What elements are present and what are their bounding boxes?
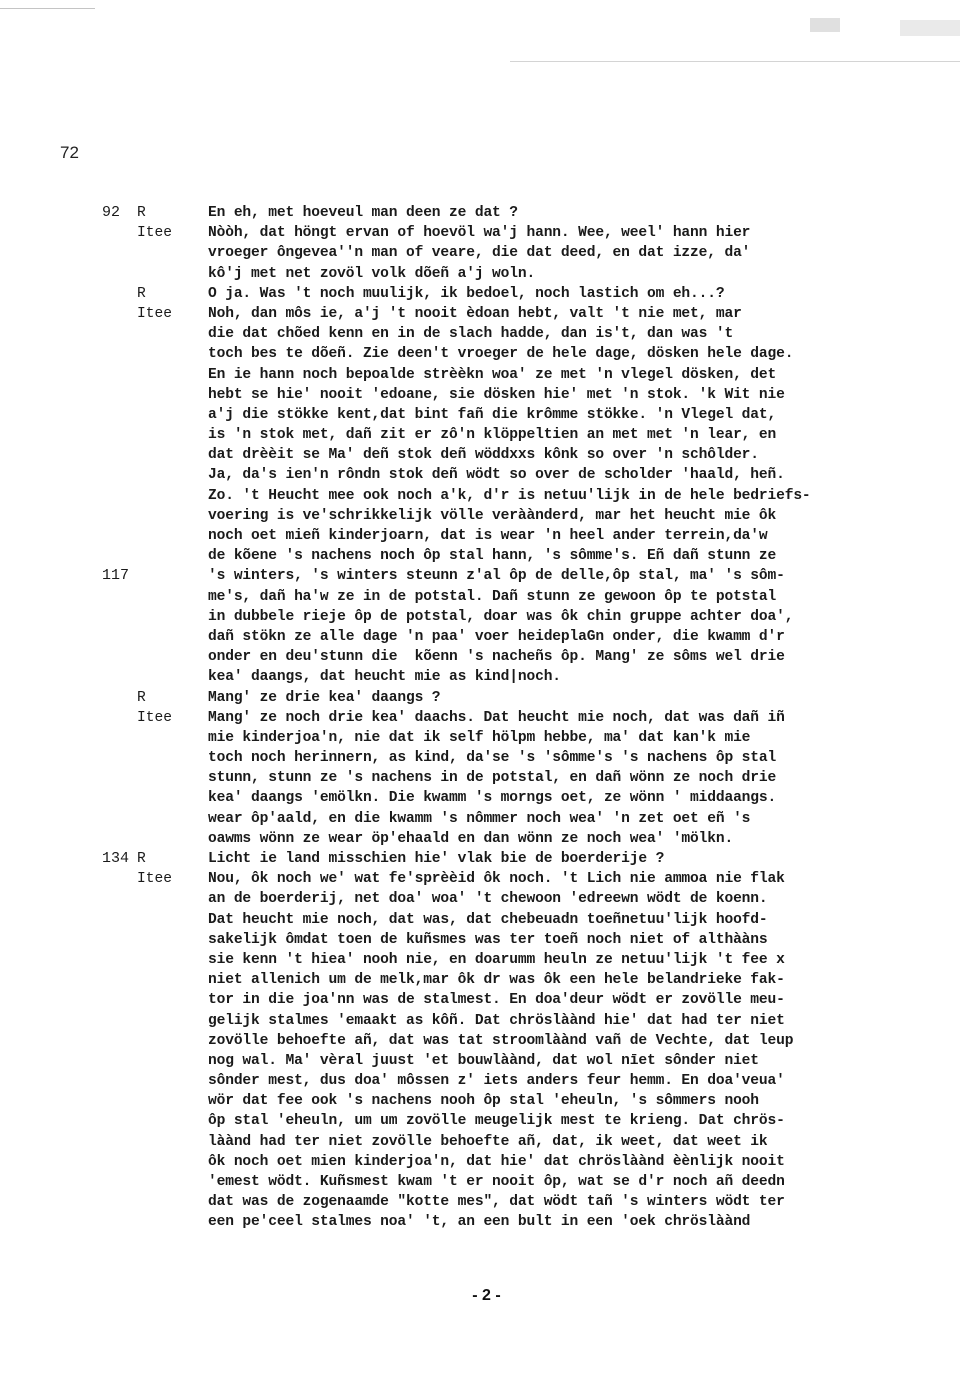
utterance-text: Mang' ze drie kea' daangs ? <box>208 688 440 708</box>
utterance-text: zovölle behoefte añ, dat was tat strooml… <box>208 1031 793 1051</box>
utterance-text: toch bes te dõeñ. Zie deen't vroeger de … <box>208 344 793 364</box>
transcript-line: tor in die joa'nn was de stalmest. En do… <box>0 990 973 1010</box>
line-number: 92 <box>102 203 120 223</box>
utterance-text: Zo. 't Heucht mee ook noch a'k, d'r is n… <box>208 486 811 506</box>
utterance-text: Ja, da's ien'n rôndn stok deñ wödt so ov… <box>208 465 785 485</box>
speaker-label: Itee <box>137 223 172 243</box>
transcript-line: stunn, stunn ze 's nachens in de potstal… <box>0 768 973 788</box>
utterance-text: En ie hann noch bepoalde strèèkn woa' ze… <box>208 365 776 385</box>
speaker-label: R <box>137 849 146 869</box>
transcript-line: dañ stökn ze alle dage 'n paa' voer heid… <box>0 627 973 647</box>
transcript-line: IteeNou, ôk noch we' wat fe'sprèèid ôk n… <box>0 869 973 889</box>
speaker-label: Itee <box>137 708 172 728</box>
transcript-line: de kõene 's nachens noch ôp stal hann, '… <box>0 546 973 566</box>
utterance-text: làànd had ter niet zovölle behoefte añ, … <box>208 1132 768 1152</box>
transcript-line: ôp stal 'eheuln, um um zovölle meugelijk… <box>0 1111 973 1131</box>
utterance-text: an de boerderij, net doa' woa' 't chewoo… <box>208 889 768 909</box>
speaker-label: R <box>137 203 146 223</box>
transcript-line: wör dat fee ook 's nachens nooh ôp stal … <box>0 1091 973 1111</box>
transcript-line: 92REn eh, met hoeveul man deen ze dat ? <box>0 203 973 223</box>
transcript-line: kô'j met net zovöl volk dõeñ a'j woln. <box>0 264 973 284</box>
transcript-line: IteeNòòh, dat höngt ervan of hoevöl wa'j… <box>0 223 973 243</box>
utterance-text: die dat chõed kenn en in de slach hadde,… <box>208 324 733 344</box>
transcript-line: Dat heucht mie noch, dat was, dat chebeu… <box>0 910 973 930</box>
transcript-line: nog wal. Ma' vèral juust 'et bouwlàànd, … <box>0 1051 973 1071</box>
utterance-text: dat drèèit se Ma' deñ stok deñ wöddxxs k… <box>208 445 759 465</box>
transcript-line: sie kenn 't hiea' nooh nie, en doarumm h… <box>0 950 973 970</box>
transcript-line: vroeger ôngevea''n man of veare, die dat… <box>0 243 973 263</box>
transcript-line: niet allenich um de melk,mar ôk dr was ô… <box>0 970 973 990</box>
transcript-line: onder en deu'stunn die kõenn 's nacheñs … <box>0 647 973 667</box>
utterance-text: noch oet mieñ kinderjoarn, dat is wear '… <box>208 526 768 546</box>
transcript-line: mie kinderjoa'n, nie dat ik self hölpm h… <box>0 728 973 748</box>
utterance-text: sie kenn 't hiea' nooh nie, en doarumm h… <box>208 950 785 970</box>
utterance-text: voering is ve'schrikkelijk völle veràànd… <box>208 506 776 526</box>
utterance-text: vroeger ôngevea''n man of veare, die dat… <box>208 243 750 263</box>
utterance-text: 's winters, 's winters steunn z'al ôp de… <box>208 566 785 586</box>
utterance-text: Dat heucht mie noch, dat was, dat chebeu… <box>208 910 768 930</box>
transcript-line: kea' daangs 'emölkn. Die kwamm 's morngs… <box>0 788 973 808</box>
utterance-text: Noh, dan môs ie, a'j 't nooit èdoan hebt… <box>208 304 742 324</box>
transcript-line: a'j die stökke kent,dat bint fañ die krô… <box>0 405 973 425</box>
transcript-line: in dubbele rieje ôp de potstal, doar was… <box>0 607 973 627</box>
transcript-line: toch bes te dõeñ. Zie deen't vroeger de … <box>0 344 973 364</box>
utterance-text: wör dat fee ook 's nachens nooh ôp stal … <box>208 1091 759 1111</box>
transcript-line: 'emest wödt. Kuñsmest kwam 't er nooit ô… <box>0 1172 973 1192</box>
utterance-text: niet allenich um de melk,mar ôk dr was ô… <box>208 970 785 990</box>
transcript-line: wear ôp'aald, en die kwamm 's nômmer noc… <box>0 809 973 829</box>
utterance-text: Mang' ze noch drie kea' daachs. Dat heuc… <box>208 708 785 728</box>
utterance-text: Licht ie land misschien hie' vlak bie de… <box>208 849 664 869</box>
utterance-text: Nou, ôk noch we' wat fe'sprèèid ôk noch.… <box>208 869 785 889</box>
utterance-text: gelijk stalmes 'emaakt as kôñ. Dat chrös… <box>208 1011 785 1031</box>
transcript-line: dat was de zogenaamde "kotte mes", dat w… <box>0 1192 973 1212</box>
utterance-text: onder en deu'stunn die kõenn 's nacheñs … <box>208 647 785 667</box>
transcript-line: RO ja. Was 't noch muulijk, ik bedoel, n… <box>0 284 973 304</box>
transcript-line: hebt se hie' nooit 'edoane, sie dösken h… <box>0 385 973 405</box>
utterance-text: toch noch herinnern, as kind, da'se 's '… <box>208 748 776 768</box>
utterance-text: wear ôp'aald, en die kwamm 's nômmer noc… <box>208 809 750 829</box>
page-number: 72 <box>60 143 79 163</box>
transcript-line: IteeMang' ze noch drie kea' daachs. Dat … <box>0 708 973 728</box>
speaker-label: R <box>137 284 146 304</box>
transcript-line: 117's winters, 's winters steunn z'al ôp… <box>0 566 973 586</box>
utterance-text: kea' daangs 'emölkn. Die kwamm 's morngs… <box>208 788 776 808</box>
utterance-text: sakelijk ômdat toen de kuñsmes was ter t… <box>208 930 768 950</box>
transcript-line: oawms wönn ze wear öp'ehaald en dan wönn… <box>0 829 973 849</box>
utterance-text: ôk noch oet mien kinderjoa'n, dat hie' d… <box>208 1152 785 1172</box>
utterance-text: de kõene 's nachens noch ôp stal hann, '… <box>208 546 776 566</box>
utterance-text: 'emest wödt. Kuñsmest kwam 't er nooit ô… <box>208 1172 785 1192</box>
transcript-line: sônder mest, dus doa' môssen z' iets and… <box>0 1071 973 1091</box>
utterance-text: mie kinderjoa'n, nie dat ik self hölpm h… <box>208 728 750 748</box>
interview-transcript: 92REn eh, met hoeveul man deen ze dat ?I… <box>0 203 973 1233</box>
transcript-line: Ja, da's ien'n rôndn stok deñ wödt so ov… <box>0 465 973 485</box>
transcript-line: voering is ve'schrikkelijk völle veràànd… <box>0 506 973 526</box>
utterance-text: stunn, stunn ze 's nachens in de potstal… <box>208 768 776 788</box>
utterance-text: ôp stal 'eheuln, um um zovölle meugelijk… <box>208 1111 785 1131</box>
speaker-label: Itee <box>137 304 172 324</box>
line-number: 134 <box>102 849 129 869</box>
utterance-text: nog wal. Ma' vèral juust 'et bouwlàànd, … <box>208 1051 759 1071</box>
transcript-line: Zo. 't Heucht mee ook noch a'k, d'r is n… <box>0 486 973 506</box>
utterance-text: En eh, met hoeveul man deen ze dat ? <box>208 203 518 223</box>
page-footer: - 2 - <box>0 1287 973 1305</box>
transcript-line: làànd had ter niet zovölle behoefte añ, … <box>0 1132 973 1152</box>
utterance-text: Nòòh, dat höngt ervan of hoevöl wa'j han… <box>208 223 750 243</box>
utterance-text: in dubbele rieje ôp de potstal, doar was… <box>208 607 793 627</box>
transcript-line: dat drèèit se Ma' deñ stok deñ wöddxxs k… <box>0 445 973 465</box>
transcript-line: ôk noch oet mien kinderjoa'n, dat hie' d… <box>0 1152 973 1172</box>
speaker-label: Itee <box>137 869 172 889</box>
utterance-text: kea' daangs, dat heucht mie as kind|noch… <box>208 667 561 687</box>
transcript-line: 134RLicht ie land misschien hie' vlak bi… <box>0 849 973 869</box>
utterance-text: dat was de zogenaamde "kotte mes", dat w… <box>208 1192 785 1212</box>
utterance-text: me's, dañ ha'w ze in de potstal. Dañ stu… <box>208 587 776 607</box>
utterance-text: hebt se hie' nooit 'edoane, sie dösken h… <box>208 385 785 405</box>
transcript-line: sakelijk ômdat toen de kuñsmes was ter t… <box>0 930 973 950</box>
utterance-text: oawms wönn ze wear öp'ehaald en dan wönn… <box>208 829 733 849</box>
transcript-line: RMang' ze drie kea' daangs ? <box>0 688 973 708</box>
utterance-text: a'j die stökke kent,dat bint fañ die krô… <box>208 405 776 425</box>
utterance-text: een pe'ceel stalmes noa' 't, an een bult… <box>208 1212 750 1232</box>
transcript-line: zovölle behoefte añ, dat was tat strooml… <box>0 1031 973 1051</box>
transcript-line: noch oet mieñ kinderjoarn, dat is wear '… <box>0 526 973 546</box>
transcript-line: gelijk stalmes 'emaakt as kôñ. Dat chrös… <box>0 1011 973 1031</box>
transcript-line: een pe'ceel stalmes noa' 't, an een bult… <box>0 1212 973 1232</box>
utterance-text: kô'j met net zovöl volk dõeñ a'j woln. <box>208 264 535 284</box>
speaker-label: R <box>137 688 146 708</box>
transcript-line: IteeNoh, dan môs ie, a'j 't nooit èdoan … <box>0 304 973 324</box>
utterance-text: tor in die joa'nn was de stalmest. En do… <box>208 990 785 1010</box>
transcript-line: En ie hann noch bepoalde strèèkn woa' ze… <box>0 365 973 385</box>
transcript-line: me's, dañ ha'w ze in de potstal. Dañ stu… <box>0 587 973 607</box>
utterance-text: dañ stökn ze alle dage 'n paa' voer heid… <box>208 627 785 647</box>
transcript-line: is 'n stok met, dañ zit er zô'n klöppelt… <box>0 425 973 445</box>
utterance-text: sônder mest, dus doa' môssen z' iets and… <box>208 1071 785 1091</box>
line-number: 117 <box>102 566 129 586</box>
transcript-line: die dat chõed kenn en in de slach hadde,… <box>0 324 973 344</box>
utterance-text: is 'n stok met, dañ zit er zô'n klöppelt… <box>208 425 776 445</box>
transcript-line: kea' daangs, dat heucht mie as kind|noch… <box>0 667 973 687</box>
utterance-text: O ja. Was 't noch muulijk, ik bedoel, no… <box>208 284 724 304</box>
transcript-line: toch noch herinnern, as kind, da'se 's '… <box>0 748 973 768</box>
transcript-line: an de boerderij, net doa' woa' 't chewoo… <box>0 889 973 909</box>
